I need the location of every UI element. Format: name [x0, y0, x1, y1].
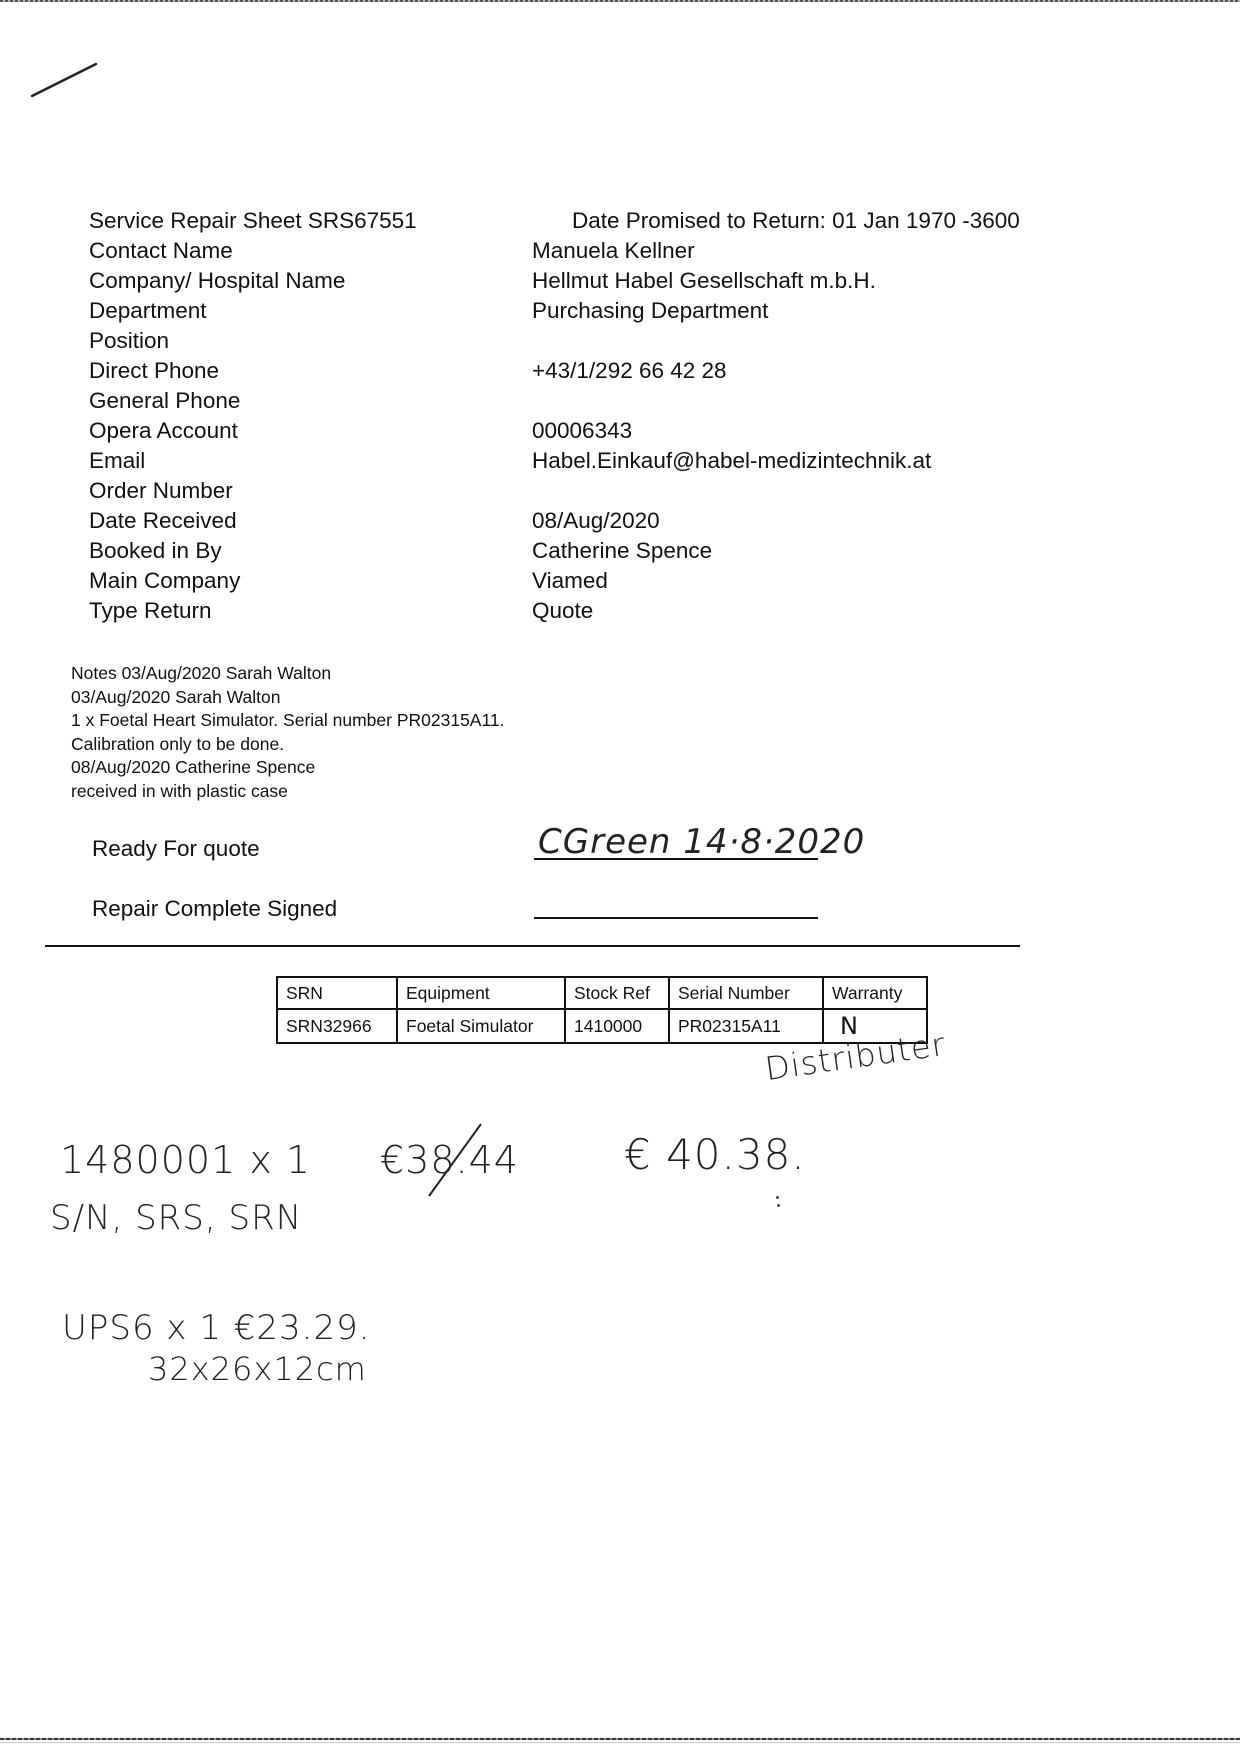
column-header-srn: SRN	[277, 977, 397, 1009]
note-line: 1 x Foetal Heart Simulator. Serial numbe…	[71, 709, 505, 733]
ready-for-quote-signature: CGreen 14·8·2020	[538, 822, 865, 862]
table-header-row: SRN Equipment Stock Ref Serial Number Wa…	[277, 977, 927, 1009]
note-line: 08/Aug/2020 Catherine Spence	[71, 756, 505, 780]
cell-serial-number: PR02315A11	[669, 1009, 823, 1043]
table-row: SRN32966 Foetal Simulator 1410000 PR0231…	[277, 1009, 927, 1043]
field-value-main-company: Viamed	[532, 568, 608, 594]
note-line: received in with plastic case	[71, 780, 505, 804]
note-line: 03/Aug/2020 Sarah Walton	[71, 686, 505, 710]
ready-signature-line	[534, 858, 818, 860]
cell-srn: SRN32966	[277, 1009, 397, 1043]
field-label-opera-account: Opera Account	[89, 418, 238, 444]
field-label-main-company: Main Company	[89, 568, 240, 594]
repair-complete-label: Repair Complete Signed	[92, 896, 337, 922]
field-value-company: Hellmut Habel Gesellschaft m.b.H.	[532, 268, 876, 294]
field-value-contact-name: Manuela Kellner	[532, 238, 695, 264]
scan-edge-bottom-shadow	[0, 1742, 1240, 1743]
field-value-email: Habel.Einkauf@habel-medizintechnik.at	[532, 448, 931, 474]
column-header-serial-number: Serial Number	[669, 977, 823, 1009]
field-label-type-return: Type Return	[89, 598, 212, 624]
column-header-equipment: Equipment	[397, 977, 565, 1009]
field-label-company: Company/ Hospital Name	[89, 268, 345, 294]
handwritten-item1-note: S/N, SRS, SRN	[50, 1198, 302, 1238]
ink-dot	[776, 1196, 779, 1199]
field-value-department: Purchasing Department	[532, 298, 768, 324]
field-label-position: Position	[89, 328, 169, 354]
column-header-stock-ref: Stock Ref	[565, 977, 669, 1009]
field-label-contact-name: Contact Name	[89, 238, 233, 264]
field-label-booked-in-by: Booked in By	[89, 538, 222, 564]
field-value-date-received: 08/Aug/2020	[532, 508, 660, 534]
field-label-general-phone: General Phone	[89, 388, 240, 414]
note-line: Calibration only to be done.	[71, 733, 505, 757]
field-label-date-received: Date Received	[89, 508, 237, 534]
field-label-email: Email	[89, 448, 145, 474]
handwritten-item1-ref: 1480001 x 1	[60, 1138, 311, 1182]
field-value-type-return: Quote	[532, 598, 593, 624]
strikethrough-mark	[425, 1120, 485, 1200]
field-value-opera-account: 00006343	[532, 418, 632, 444]
handwritten-item1-price: € 40.38.	[624, 1130, 806, 1179]
ready-for-quote-label: Ready For quote	[92, 836, 260, 862]
note-line: Notes 03/Aug/2020 Sarah Walton	[71, 662, 505, 686]
field-label-order-number: Order Number	[89, 478, 233, 504]
notes-block: Notes 03/Aug/2020 Sarah Walton 03/Aug/20…	[71, 662, 505, 803]
sheet-title: Service Repair Sheet SRS67551	[89, 208, 417, 234]
field-label-direct-phone: Direct Phone	[89, 358, 219, 384]
scan-edge-top	[0, 0, 1240, 2]
cell-stock-ref: 1410000	[565, 1009, 669, 1043]
scan-edge-bottom	[0, 1738, 1240, 1740]
handwritten-item2-dims: 32x26x12cm	[148, 1350, 367, 1388]
repair-complete-signature-line	[534, 917, 818, 919]
field-value-booked-in-by: Catherine Spence	[532, 538, 712, 564]
column-header-warranty: Warranty	[823, 977, 927, 1009]
cell-equipment: Foetal Simulator	[397, 1009, 565, 1043]
ink-dot	[777, 1204, 780, 1207]
date-promised: Date Promised to Return: 01 Jan 1970 -36…	[572, 208, 1020, 234]
field-label-department: Department	[89, 298, 207, 324]
handwritten-item2: UPS6 x 1 €23.29.	[62, 1308, 371, 1348]
section-divider	[45, 945, 1020, 947]
pen-stroke-mark	[30, 60, 100, 100]
field-value-direct-phone: +43/1/292 66 42 28	[532, 358, 727, 384]
equipment-table: SRN Equipment Stock Ref Serial Number Wa…	[276, 976, 928, 1044]
